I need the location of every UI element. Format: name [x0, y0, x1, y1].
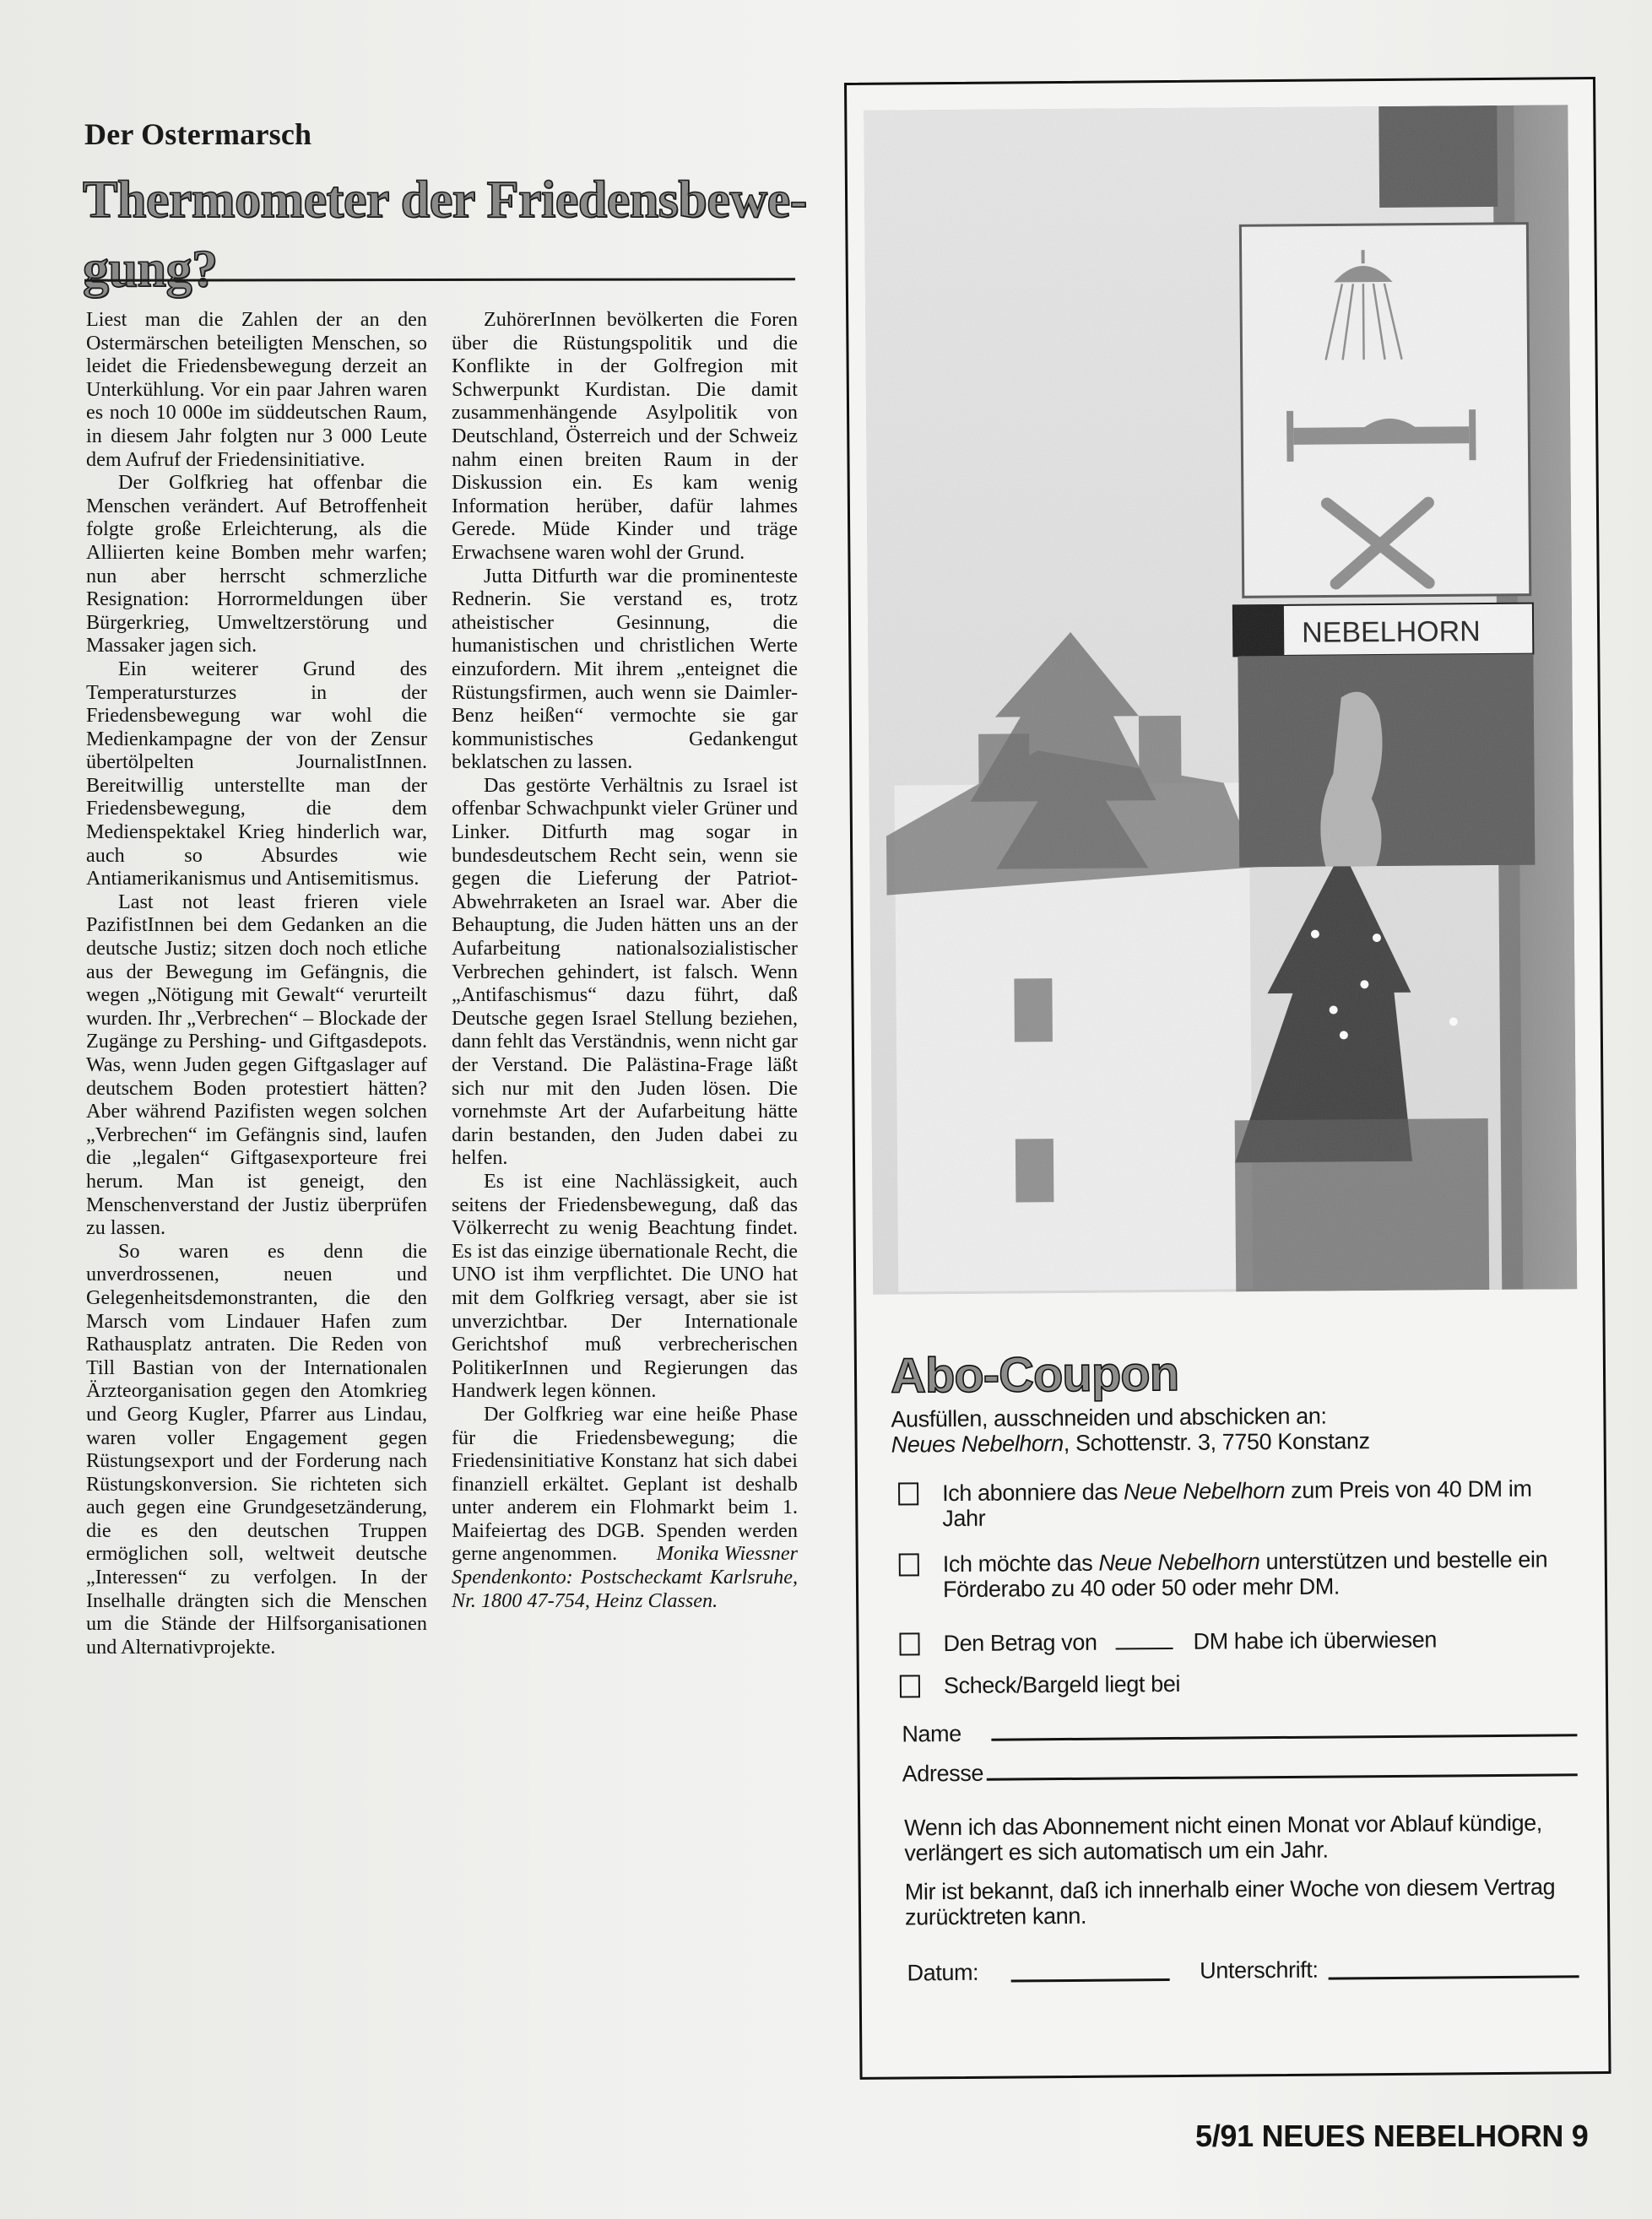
street-photo-illustration: NEBELHORN [864, 105, 1577, 1295]
signature-field[interactable] [1328, 1953, 1579, 1979]
paragraph: Ein weiterer Grund des Temperatursturzes… [86, 658, 427, 890]
paragraph: Der Golfkrieg war eine heiße Phase für d… [452, 1403, 798, 1566]
page-footer-issue-page: 5/91 NEUES NEBELHORN 9 [1195, 2119, 1589, 2154]
option-subscribe: Ich abonniere das Neue Nebelhorn zum Pre… [891, 1475, 1575, 1531]
subscription-coupon: Abo-Coupon Ausfüllen, ausschneiden und a… [891, 1345, 1579, 1986]
subscription-options: Ich abonniere das Neue Nebelhorn zum Pre… [891, 1475, 1577, 1698]
publication-name: Neues Nebelhorn [891, 1431, 1064, 1458]
option-cheque-cash: Scheck/Bargeld liegt bei [893, 1668, 1577, 1698]
paragraph: So waren es denn die unverdrossenen, neu… [86, 1240, 427, 1659]
address-field[interactable] [987, 1750, 1578, 1780]
amount-blank-field[interactable] [1115, 1629, 1173, 1650]
address-label: Adresse [894, 1761, 983, 1787]
paragraph: Der Golfkrieg hat offenbar die Menschen … [86, 471, 427, 658]
article-column-left: Liest man die Zahlen der an den Ostermär… [86, 308, 427, 1659]
date-label: Datum: [907, 1960, 978, 1987]
renewal-notice: Wenn ich das Abonnement nicht einen Mona… [894, 1810, 1578, 1865]
paragraph: Das gestörte Verhältnis zu Israel ist of… [452, 774, 798, 1170]
checkbox-transfer[interactable] [899, 1632, 919, 1655]
coupon-title: Abo-Coupon [891, 1345, 1574, 1401]
name-field[interactable] [992, 1710, 1578, 1740]
paragraph: Jutta Ditfurth war die prominenteste Red… [452, 565, 798, 774]
article-kicker: Der Ostermarsch [84, 116, 311, 152]
article-headline: Thermometer der Friedensbewe- gung? [83, 165, 826, 304]
withdrawal-notice: Mir ist bekannt, daß ich innerhalb einer… [895, 1874, 1579, 1929]
paragraph: Liest man die Zahlen der an den Ostermär… [86, 308, 427, 471]
mailing-address: , Schottenstr. 3, 7750 Konstanz [1064, 1428, 1370, 1456]
photo-hotel-sign: NEBELHORN [864, 105, 1577, 1295]
signature-label: Unterschrift: [1200, 1957, 1319, 1984]
donation-account-note: Spendenkonto: Postscheckamt Karlsruhe, N… [452, 1566, 798, 1612]
option-support-subscription: Ich möchte das Neue Nebelhorn unterstütz… [892, 1546, 1576, 1602]
article-column-middle: ZuhörerInnen bevölkerten die Foren über … [452, 308, 798, 1612]
option-transfer: Den Betrag vonDM habe ich überwiesen [892, 1626, 1576, 1656]
date-field[interactable] [1010, 1957, 1169, 1982]
date-signature-row: Datum: Unterschrift: [895, 1953, 1579, 1986]
address-row: Adresse [894, 1750, 1578, 1786]
author-signature: Monika Wiessner [625, 1542, 798, 1566]
checkbox-subscribe[interactable] [898, 1482, 918, 1505]
checkbox-cheque-cash[interactable] [900, 1675, 920, 1697]
paragraph: Last not least frieren viele PazifistInn… [86, 890, 427, 1240]
paragraph: ZuhörerInnen bevölkerten die Foren über … [452, 308, 798, 565]
paragraph: Es ist eine Nachlässigkeit, auch seitens… [452, 1170, 798, 1403]
name-label: Name [893, 1721, 961, 1747]
checkbox-support-subscription[interactable] [899, 1553, 919, 1576]
name-row: Name [893, 1710, 1577, 1746]
coupon-instructions: Ausfüllen, ausschneiden und abschicken a… [891, 1401, 1574, 1457]
subscription-box: NEBELHORN Abo-Coupon Ausfüllen, ausschne… [844, 77, 1611, 2080]
